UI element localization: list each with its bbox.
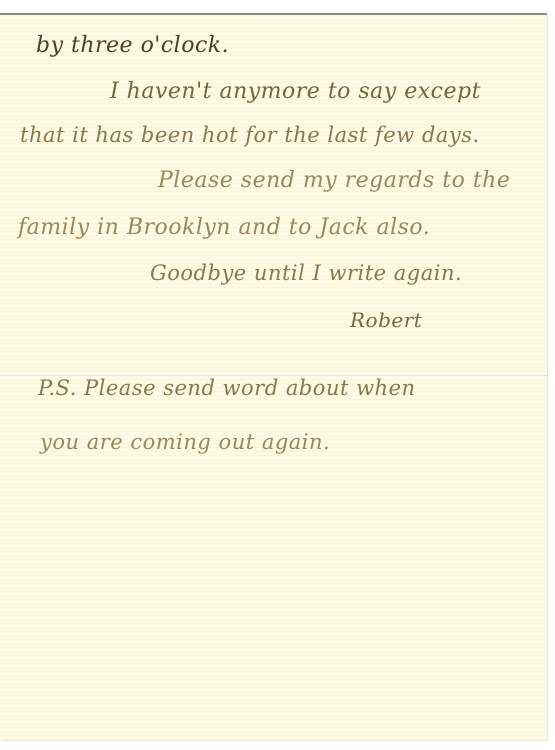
- letter-line-2: I haven't anymore to say except: [110, 79, 481, 104]
- letter-postscript-line-1: P.S. Please send word about when: [38, 376, 416, 400]
- letter-line-5: family in Brooklyn and to Jack also.: [18, 215, 430, 240]
- letter-page: by three o'clock. I haven't anymore to s…: [0, 13, 547, 740]
- letter-line-4: Please send my regards to the: [158, 168, 510, 193]
- letter-line-6: Goodbye until I write again.: [150, 261, 462, 285]
- letter-signature: Robert: [350, 308, 422, 332]
- letter-line-1: by three o'clock.: [36, 33, 229, 58]
- letter-line-3: that it has been hot for the last few da…: [20, 123, 480, 147]
- letter-postscript-line-2: you are coming out again.: [40, 430, 330, 454]
